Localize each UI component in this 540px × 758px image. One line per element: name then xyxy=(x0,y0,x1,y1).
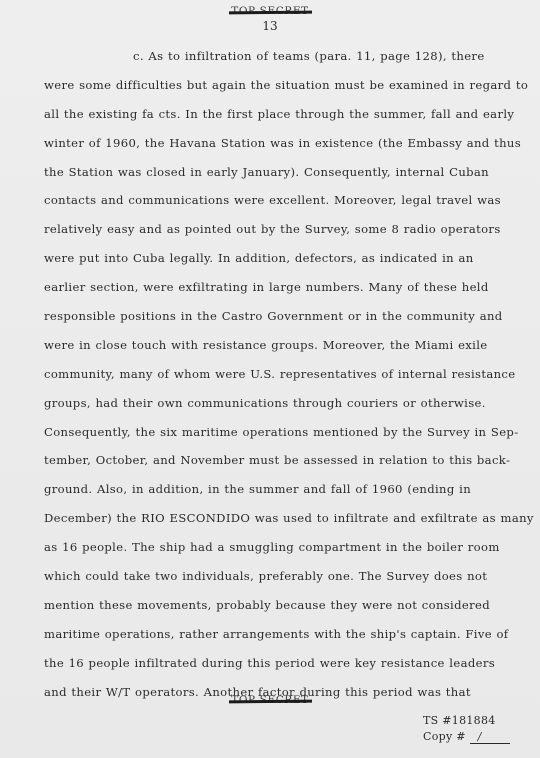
copy-number-line: Copy # / xyxy=(423,729,510,745)
text-line: groups, had their own communications thr… xyxy=(44,393,524,422)
text-line: as 16 people. The ship had a smuggling c… xyxy=(44,537,524,566)
text-line: were some difficulties but again the sit… xyxy=(44,75,524,104)
text-line: the Station was closed in early January)… xyxy=(44,162,524,191)
copy-value: / xyxy=(470,730,510,744)
body-paragraph: c. As to infiltration of teams (para. 11… xyxy=(44,46,524,710)
text-line: relatively easy and as pointed out by th… xyxy=(44,219,524,248)
ts-number: TS #181884 xyxy=(423,713,510,729)
text-line: responsible positions in the Castro Gove… xyxy=(44,306,524,335)
text-line: were in close touch with resistance grou… xyxy=(44,335,524,364)
text-line: earlier section, were exfiltrating in la… xyxy=(44,277,524,306)
copy-label: Copy # xyxy=(423,730,466,743)
text-line: c. As to infiltration of teams (para. 11… xyxy=(44,46,524,75)
text-line: which could take two individuals, prefer… xyxy=(44,566,524,595)
text-line: were put into Cuba legally. In addition,… xyxy=(44,248,524,277)
text-line: winter of 1960, the Havana Station was i… xyxy=(44,133,524,162)
text-line: Consequently, the six maritime operation… xyxy=(44,422,524,451)
struck-classification-marking: TOP SECRET xyxy=(231,694,308,706)
text-line: ground. Also, in addition, in the summer… xyxy=(44,479,524,508)
document-page: TOP SECRET 13 c. As to infiltration of t… xyxy=(0,0,540,758)
text-line: the 16 people infiltrated during this pe… xyxy=(44,653,524,682)
text-line: all the existing fa cts. In the first pl… xyxy=(44,104,524,133)
page-number: 13 xyxy=(0,19,540,33)
struck-classification-marking: TOP SECRET xyxy=(231,5,308,17)
control-number-block: TS #181884 Copy # / xyxy=(423,713,510,745)
text-line: contacts and communications were excelle… xyxy=(44,190,524,219)
text-line: community, many of whom were U.S. repres… xyxy=(44,364,524,393)
text-line: mention these movements, probably becaus… xyxy=(44,595,524,624)
text-line: tember, October, and November must be as… xyxy=(44,450,524,479)
text-line: December) the RIO ESCONDIDO was used to … xyxy=(44,508,524,537)
text-line: maritime operations, rather arrangements… xyxy=(44,624,524,653)
classification-header: TOP SECRET xyxy=(0,5,540,17)
classification-footer: TOP SECRET xyxy=(0,694,540,706)
